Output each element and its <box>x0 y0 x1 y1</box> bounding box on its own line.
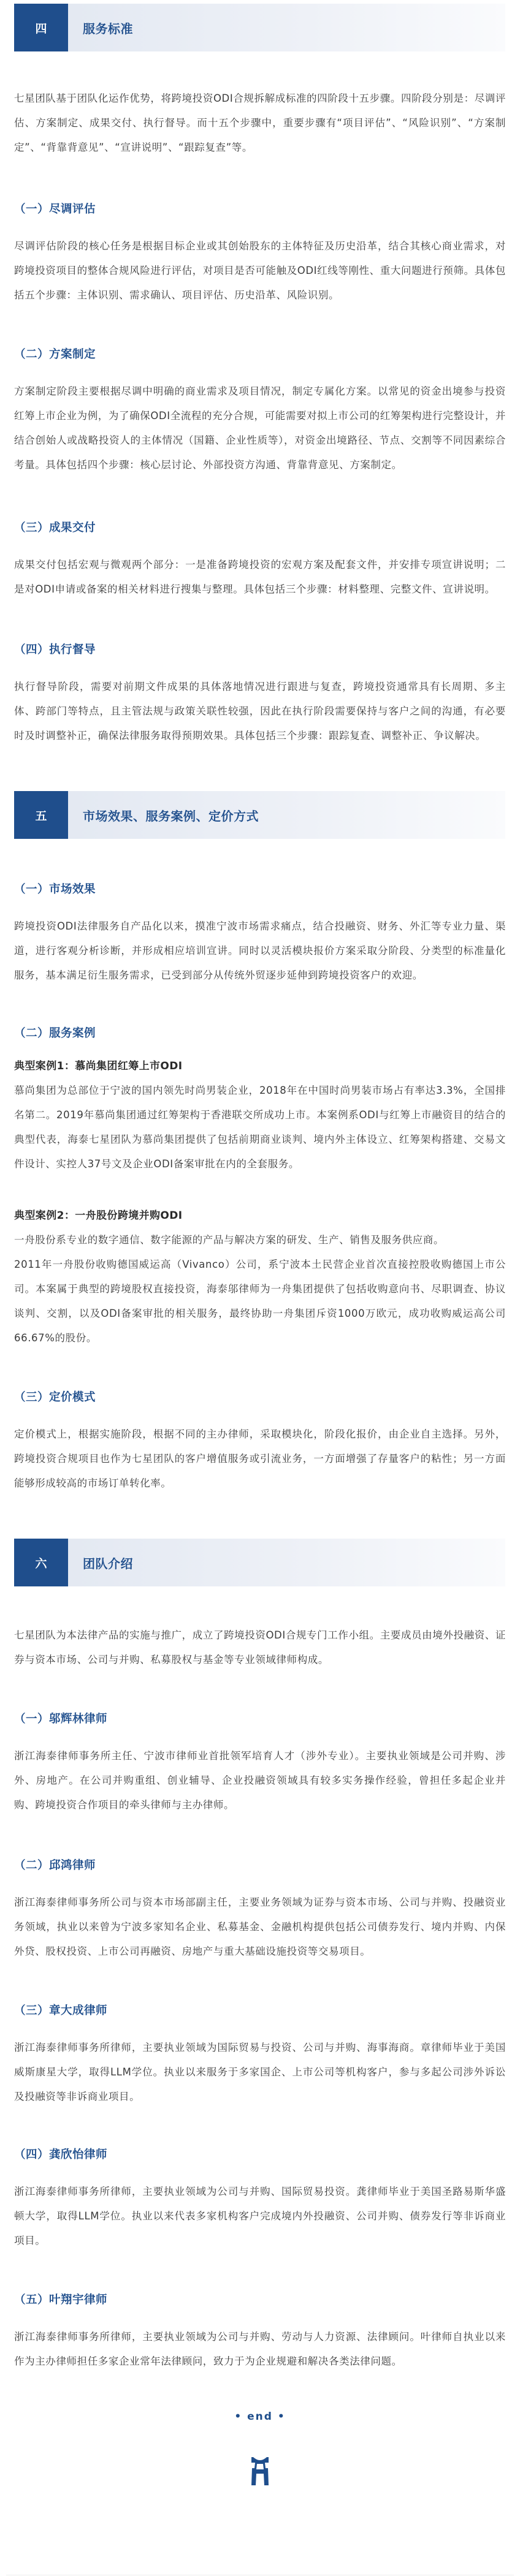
section-number: 四 <box>14 4 68 51</box>
subsection-heading: （三）成果交付 <box>14 519 506 537</box>
subsection-body: 定价模式上，根据实施阶段，根据不同的主办律师，采取模块化，阶段化报价，由企业自主… <box>14 1422 506 1496</box>
section-title: 团队介绍 <box>68 1539 133 1586</box>
subsection-body: 方案制定阶段主要根据尽调中明确的商业需求及项目情况，制定专属化方案。以常见的资金… <box>14 379 506 477</box>
section-header-market-cases-pricing: 五 市场效果、服务案例、定价方式 <box>14 791 505 839</box>
subsection-body: 尽调评估阶段的核心任务是根据目标企业或其创始股东的主体特征及历史沿革，结合其核心… <box>14 234 506 308</box>
lawyer-bio: 浙江海泰律师事务所律师，主要执业领域为公司与并购、劳动与人力资源、法律顾问。叶律… <box>14 2325 506 2374</box>
subsection-heading: （一）尽调评估 <box>14 200 506 219</box>
subsection-heading: （三）定价模式 <box>14 1388 506 1407</box>
lawyer-bio: 浙江海泰律师事务所公司与资本市场部副主任，主要业务领域为证券与资本市场、公司与并… <box>14 1890 506 1964</box>
section-intro: 七星团队基于团队化运作优势，将跨境投资ODI合规拆解成标准的四阶段十五步骤。四阶… <box>14 86 506 160</box>
subsection-heading: （四）执行督导 <box>14 641 506 659</box>
bottom-divider <box>6 2575 514 2575</box>
subsection-body: 成果交付包括宏观与微观两个部分：一是准备跨境投资的宏观方案及配套文件，并安排专项… <box>14 553 506 602</box>
case-title: 典型案例2：一舟股份跨境并购ODI <box>14 1206 506 1225</box>
subsection-heading: （二）方案制定 <box>14 346 506 364</box>
subsection-body: 执行督导阶段，需要对前期文件成果的具体落地情况进行跟进与复查，跨境投资通常具有长… <box>14 675 506 748</box>
lawyer-bio: 浙江海泰律师事务所律师，主要执业领域为国际贸易与投资、公司与并购、海事海商。章律… <box>14 2036 506 2109</box>
subsection-heading: （一）市场效果 <box>14 881 506 899</box>
case-body: 慕尚集团为总部位于宁波的国内领先时尚男装企业，2018年在中国时尚男装市场占有率… <box>14 1078 506 1176</box>
lawyer-bio: 浙江海泰律师事务所主任、宁波市律师业首批领军培育人才（涉外专业）。主要执业领域是… <box>14 1744 506 1817</box>
article: 四 服务标准 七星团队基于团队化运作优势，将跨境投资ODI合规拆解成标准的四阶段… <box>0 0 520 2485</box>
section-title: 服务标准 <box>68 4 133 51</box>
lawyer-heading: （三）章大成律师 <box>14 2002 506 2020</box>
case-body: 2011年一舟股份收购德国威运高（Vivanco）公司，系宁波本土民营企业首次直… <box>14 1252 506 1351</box>
section-intro: 七星团队为本法律产品的实施与推广，成立了跨境投资ODI合规专门工作小组。主要成员… <box>14 1623 506 1672</box>
section-title: 市场效果、服务案例、定价方式 <box>68 791 259 839</box>
case-body: 一舟股份系专业的数字通信、数字能源的产品与解决方案的研发、生产、销售及服务供应商… <box>14 1228 506 1252</box>
case-title: 典型案例1：慕尚集团红筹上市ODI <box>14 1056 506 1076</box>
lawyer-heading: （一）邬辉林律师 <box>14 1710 506 1729</box>
logo-icon <box>251 2457 269 2485</box>
section-header-team-intro: 六 团队介绍 <box>14 1539 505 1586</box>
lawyer-heading: （二）邱鸿律师 <box>14 1857 506 1875</box>
section-header-service-standard: 四 服务标准 <box>14 4 505 51</box>
subsection-body: 跨境投资ODI法律服务自产品化以来，摸准宁波市场需求痛点，结合投融资、财务、外汇… <box>14 914 506 988</box>
law-firm-logo-icon <box>14 2457 506 2485</box>
subsection-heading: （二）服务案例 <box>14 1025 506 1043</box>
section-number: 五 <box>14 791 68 839</box>
lawyer-heading: （五）叶翔宇律师 <box>14 2291 506 2309</box>
end-marker: • end • <box>14 2411 506 2423</box>
section-number: 六 <box>14 1539 68 1586</box>
lawyer-heading: （四）龚欣怡律师 <box>14 2146 506 2164</box>
lawyer-bio: 浙江海泰律师事务所律师，主要执业领域为公司与并购、国际贸易投资。龚律师毕业于美国… <box>14 2180 506 2253</box>
